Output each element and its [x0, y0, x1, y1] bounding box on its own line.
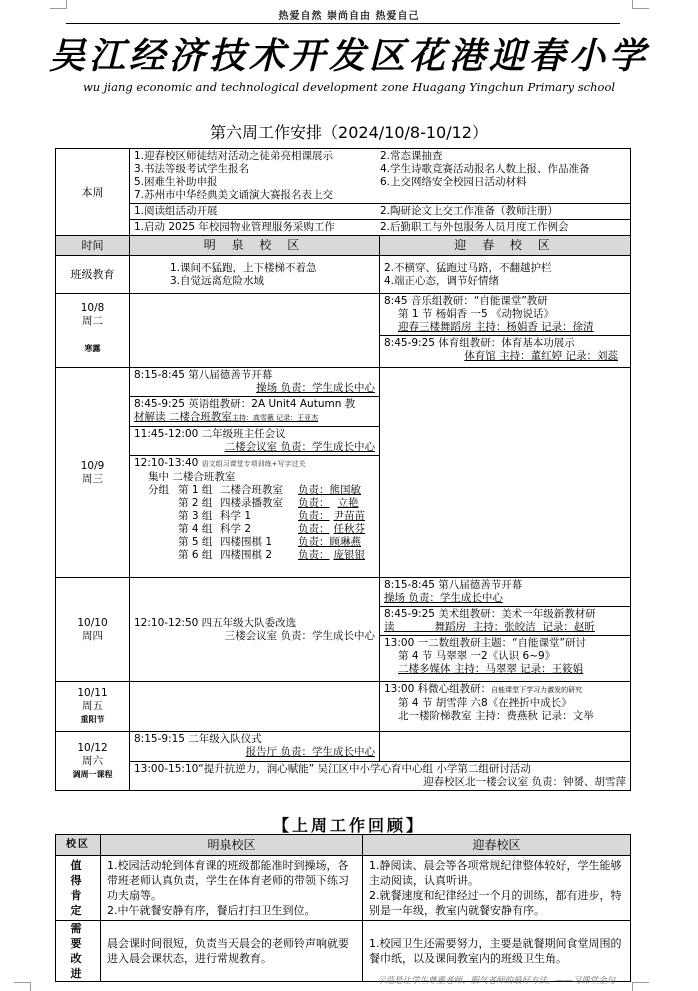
- wednesday-yingchun: [380, 368, 631, 578]
- saturday-yingchun: [380, 732, 631, 762]
- event-location: 体育馆 主持：董红婷 记录：刘蕊: [384, 350, 626, 363]
- day-date: 10/8: [60, 302, 125, 315]
- event: 8:45 音乐组教研：“自能课堂”教研 第 1 节 杨娟香 一5 《动物说话》 …: [380, 294, 630, 336]
- event-location: 读 舞蹈房 主持：张皎洁 记录：赵昕: [384, 621, 626, 634]
- this-week-row-2: 1.阅读组活动开展2.陶研论文上交工作准备（教师注册）: [56, 204, 631, 220]
- event-location: 二楼会议室 负责：学生成长中心: [134, 441, 375, 454]
- day-date: 10/11: [60, 687, 125, 700]
- event-location: 北一楼阶梯教室 主持：费燕秋 记录：文举: [384, 710, 626, 723]
- event-title: 8:45 音乐组教研：“自能课堂”教研: [384, 295, 626, 308]
- event-location: 二楼多媒体 主持：马翠翠 记录：王筱娟: [384, 663, 626, 676]
- group-list: 第 1 组二楼合班教室负责：熊国敏 第 2 组四楼录播教室负责：立艳 第 3 组…: [178, 484, 365, 562]
- weekly-schedule-table: 本周 1.迎春校区师徒结对活动之徒弟亮相课展示2.常态课抽查 3.书法等级考试学…: [55, 148, 631, 791]
- column-header-yingchun: 迎 春 校 区: [380, 236, 631, 256]
- event-time: 12:10-13:40: [134, 457, 198, 469]
- day-date: 10/10: [60, 617, 125, 630]
- thursday-yingchun: 8:15-8:45 第八届德善节开幕 操场 负责：学生成长中心 8:45-9:2…: [380, 578, 631, 682]
- education-item: 3.自觉远离危险水域: [170, 275, 375, 288]
- review-header-campus: 校区: [56, 835, 101, 856]
- day-cell: 10/11 周五 重阳节: [56, 682, 130, 732]
- day-weekday: 周二: [60, 315, 125, 328]
- event-title: 11:45-12:00 二年级班主任会议: [134, 428, 375, 441]
- event-title: 8:15-8:45 第八届德善节开幕: [384, 579, 626, 592]
- review-positive-yingchun: 1.静阅读、晨会等各项常规纪律整体较好，学生能够主动阅读，认真听讲。 2.就餐速…: [363, 856, 631, 921]
- event-detail: 第 4 节 马翠翠 一2《认识 6~9》: [384, 650, 626, 663]
- class-education-row: 班级教育 1.课间不猛跑，上下楼梯不着急 3.自觉远离危险水域 2.不横穿、猛跑…: [56, 256, 631, 294]
- day-cell: 10/8 周二 寒露: [56, 294, 130, 368]
- group-item: 第 1 组二楼合班教室负责：熊国敏: [178, 484, 365, 497]
- task-item: 2.常态课抽查: [380, 150, 626, 163]
- groups-label: 分组: [148, 484, 178, 562]
- this-week-block-1: 1.迎春校区师徒结对活动之徒弟亮相课展示2.常态课抽查 3.书法等级考试学生报名…: [130, 149, 631, 204]
- column-header-row: 时间 明 泉 校 区 迎 春 校 区: [56, 236, 631, 256]
- education-item: 2.不横穿、猛跑过马路，不翻越护栏: [384, 262, 626, 275]
- review-header-yingchun: 迎春校区: [363, 835, 631, 856]
- task-item: 2.后勤职工与外包服务人员月度工作例会: [380, 221, 626, 234]
- day-weekday: 周三: [60, 473, 125, 486]
- review-improve-yingchun: 1.校园卫生还需要努力，主要是就餐期间食堂周围的餐巾纸，以及课间教室内的班级卫生…: [363, 921, 631, 982]
- friday-mingquan: [130, 682, 380, 732]
- this-week-row-3: 1.启动 2025 年校园物业管理服务采购工作2.后勤职工与外包服务人员月度工作…: [56, 220, 631, 236]
- day-cell: 10/9 周三: [56, 368, 130, 578]
- review-row-positive: 值得肯定 1.校园活动轮到体育课的班级都能准时到操场，各带班老师认真负责，学生在…: [56, 856, 631, 921]
- day-weekday: 周四: [60, 630, 125, 643]
- group-item: 第 5 组四楼围棋 1负责：顾琳燕: [178, 536, 365, 549]
- event-title: 8:15-9:15 二年级入队仪式: [134, 733, 375, 746]
- saturday-joint-event: 13:00-15:10“提升抗逆力，润心赋能” 吴江区中小学心育中心组 小学第二…: [130, 762, 631, 791]
- event-hosts: 主持：高雪薇 记录：王亚杰: [232, 414, 318, 422]
- day-date: 10/12: [60, 742, 125, 755]
- this-week-label: 本周: [56, 149, 130, 236]
- wednesday-mingquan: 8:15-8:45 第八届德善节开幕 操场 负责：学生成长中心 8:45-9:2…: [130, 368, 380, 578]
- schedule-note: 调周一课程: [60, 768, 125, 781]
- column-header-time: 时间: [56, 236, 130, 256]
- event-location: 集中 二楼合班教室: [134, 471, 375, 484]
- event: 11:45-12:00 二年级班主任会议 二楼会议室 负责：学生成长中心: [130, 427, 379, 456]
- review-improve-mingquan: 晨会课时间很短，负责当天晨会的老师铃声响就要进入晨会课状态，进行常规教育。: [101, 921, 363, 982]
- event: 13:00 一二数组教研主题：“自能课堂”研讨 第 4 节 马翠翠 一2《认识 …: [380, 636, 630, 677]
- day-cell: 10/12 周六 调周一课程: [56, 732, 130, 791]
- review-header-row: 校区 明泉校区 迎春校区: [56, 835, 631, 856]
- event: 8:15-8:45 第八届德善节开幕 操场 负责：学生成长中心: [130, 368, 379, 397]
- task-item: 6.上交网络安全校园日活动材料: [380, 176, 626, 189]
- school-name-cn: 吴江经济技术开发区花港迎春小学: [0, 34, 698, 78]
- education-item: 4.端正心态，调节好情绪: [384, 275, 626, 288]
- tuesday-yingchun: 8:45 音乐组教研：“自能课堂”教研 第 1 节 杨娟香 一5 《动物说话》 …: [380, 294, 631, 368]
- group-item: 第 4 组科学 2负责：任秋芬: [178, 523, 365, 536]
- this-week-row-1: 本周 1.迎春校区师徒结对活动之徒弟亮相课展示2.常态课抽查 3.书法等级考试学…: [56, 149, 631, 204]
- event-location: 三楼会议室 负责：学生成长中心: [134, 630, 375, 643]
- task-item: 2.陶研论文上交工作准备（教师注册）: [380, 205, 626, 218]
- review-positive-mingquan: 1.校园活动轮到体育课的班级都能准时到操场，各带班老师认真负责，学生在体育老师的…: [101, 856, 363, 921]
- class-education-mingquan: 1.课间不猛跑，上下楼梯不着急 3.自觉远离危险水域: [130, 256, 380, 294]
- education-item: 1.课间不猛跑，上下楼梯不着急: [170, 262, 375, 275]
- friday-yingchun: 13:00 科微心组教研：自能课堂下学习力激发的研究 第 4 节 胡雪萍 六8《…: [380, 682, 631, 732]
- day-row-tuesday: 10/8 周二 寒露 8:45 音乐组教研：“自能课堂”教研 第 1 节 杨娟香…: [56, 294, 631, 368]
- review-label-positive: 值得肯定: [56, 856, 101, 921]
- day-row-saturday-joint: 13:00-15:10“提升抗逆力，润心赋能” 吴江区中小学心育中心组 小学第二…: [56, 762, 631, 791]
- task-item: 1.启动 2025 年校园物业管理服务采购工作: [134, 221, 380, 234]
- task-item: 1.阅读组活动开展: [134, 205, 380, 218]
- event-location: 迎春三楼舞蹈房 主持：杨娟香 记录：徐清: [384, 321, 626, 334]
- header-divider: [66, 23, 620, 24]
- review-row-improve: 需要改进 晨会课时间很短，负责当天晨会的老师铃声响就要进入晨会课状态，进行常规教…: [56, 921, 631, 982]
- event-title: 13:00 一二数组教研主题：“自能课堂”研讨: [384, 637, 626, 650]
- footer-quote: 示范是让学生尊重老师、服气老师的最好方法。——习课堂金句: [150, 974, 615, 986]
- event-detail: 第 4 节 胡雪萍 六8《在挫折中成长》: [384, 697, 626, 710]
- event: 8:45-9:25 美术组教研：美术一年级新教材研 读 舞蹈房 主持：张皎洁 记…: [380, 607, 630, 636]
- task-item: 4.学生诗歌竞赛活动报名人数上报、作品准备: [380, 163, 626, 176]
- event-topic: 自能课堂下学习力激发的研究: [491, 686, 582, 694]
- event: 8:15-8:45 第八届德善节开幕 操场 负责：学生成长中心: [380, 578, 630, 607]
- event-title: 8:45-9:25 体育组教研：体育基本功展示: [384, 337, 626, 350]
- day-row-thursday: 10/10 周四 12:10-12:50 四五年级大队委改选 三楼会议室 负责：…: [56, 578, 631, 682]
- task-item: 7.苏州市中华经典美文诵演大赛报名表上交: [134, 189, 380, 202]
- event-title: 13:00-15:10“提升抗逆力，润心赋能” 吴江区中小学心育中心组 小学第二…: [134, 763, 626, 776]
- event-location: 报告厅 负责：学生成长中心: [134, 746, 375, 759]
- review-title: 【上周工作回顾】: [0, 813, 698, 836]
- event: 8:45-9:25 体育组教研：体育基本功展示 体育馆 主持：董红婷 记录：刘蕊: [380, 336, 630, 364]
- event-location: 操场 负责：学生成长中心: [384, 592, 626, 605]
- task-item: 3.书法等级考试学生报名: [134, 163, 380, 176]
- day-date: 10/9: [60, 460, 125, 473]
- event: 8:45-9:25 英语组教研：2A Unit4 Autumn 教 材解读 二楼…: [130, 397, 379, 427]
- task-item: 1.迎春校区师徒结对活动之徒弟亮相课展示: [134, 150, 380, 163]
- event-detail: 第 1 节 杨娟香 一5 《动物说话》: [384, 308, 626, 321]
- school-name-en: wu jiang economic and technological deve…: [0, 80, 698, 94]
- group-item: 第 2 组四楼录播教室负责：立艳: [178, 497, 365, 510]
- task-item: [380, 189, 626, 202]
- page-corner-mark: [632, 982, 649, 991]
- event: 12:10-13:40 语文组习课堂专项训练+写字过关 集中 二楼合班教室 分组…: [130, 456, 379, 563]
- review-table: 校区 明泉校区 迎春校区 值得肯定 1.校园活动轮到体育课的班级都能准时到操场，…: [55, 834, 631, 982]
- group-item: 第 3 组科学 1负责：尹苗苗: [178, 510, 365, 523]
- solar-term-note: 寒露: [60, 342, 125, 355]
- this-week-block-3: 1.启动 2025 年校园物业管理服务采购工作2.后勤职工与外包服务人员月度工作…: [130, 220, 631, 236]
- day-row-wednesday: 10/9 周三 8:15-8:45 第八届德善节开幕 操场 负责：学生成长中心 …: [56, 368, 631, 578]
- page-corner-mark: [14, 982, 31, 991]
- task-item: 5.困难生补助申报: [134, 176, 380, 189]
- tuesday-mingquan: [130, 294, 380, 368]
- review-label-improve: 需要改进: [56, 921, 101, 982]
- event-title: 13:00 科微心组教研：: [384, 683, 491, 695]
- column-header-mingquan: 明 泉 校 区: [130, 236, 380, 256]
- event-title: 8:15-8:45 第八届德善节开幕: [134, 369, 375, 382]
- event-title: 12:10-12:50 四五年级大队委改选: [134, 617, 375, 630]
- saturday-mingquan: 8:15-9:15 二年级入队仪式 报告厅 负责：学生成长中心: [130, 732, 380, 762]
- event-title: 语文组习课堂专项训练+写字过关: [202, 460, 306, 468]
- school-motto: 热爱自然 崇尚自由 热爱自己: [0, 7, 698, 22]
- page-title: 第六周工作安排（2024/10/8-10/12）: [0, 120, 698, 143]
- day-weekday: 周五: [60, 700, 125, 713]
- holiday-note: 重阳节: [60, 713, 125, 726]
- thursday-mingquan: 12:10-12:50 四五年级大队委改选 三楼会议室 负责：学生成长中心: [130, 578, 380, 682]
- event-location: 操场 负责：学生成长中心: [134, 382, 375, 395]
- this-week-block-2: 1.阅读组活动开展2.陶研论文上交工作准备（教师注册）: [130, 204, 631, 220]
- group-item: 第 6 组四楼围棋 2负责：庞银银: [178, 549, 365, 562]
- event-title: 8:45-9:25 美术组教研：美术一年级新教材研: [384, 608, 626, 621]
- event-location: 材解读 二楼合班教室: [134, 411, 232, 423]
- day-cell: 10/10 周四: [56, 578, 130, 682]
- class-education-label: 班级教育: [56, 256, 130, 294]
- day-row-saturday: 10/12 周六 调周一课程 8:15-9:15 二年级入队仪式 报告厅 负责：…: [56, 732, 631, 762]
- class-education-yingchun: 2.不横穿、猛跑过马路，不翻越护栏 4.端正心态，调节好情绪: [380, 256, 631, 294]
- review-header-mingquan: 明泉校区: [101, 835, 363, 856]
- event-title: 8:45-9:25 英语组教研：2A Unit4 Autumn 教: [134, 398, 375, 411]
- day-weekday: 周六: [60, 755, 125, 768]
- event-location: 迎春校区北一楼会议室 负责：钟赟、胡雪萍: [134, 776, 626, 789]
- day-row-friday: 10/11 周五 重阳节 13:00 科微心组教研：自能课堂下学习力激发的研究 …: [56, 682, 631, 732]
